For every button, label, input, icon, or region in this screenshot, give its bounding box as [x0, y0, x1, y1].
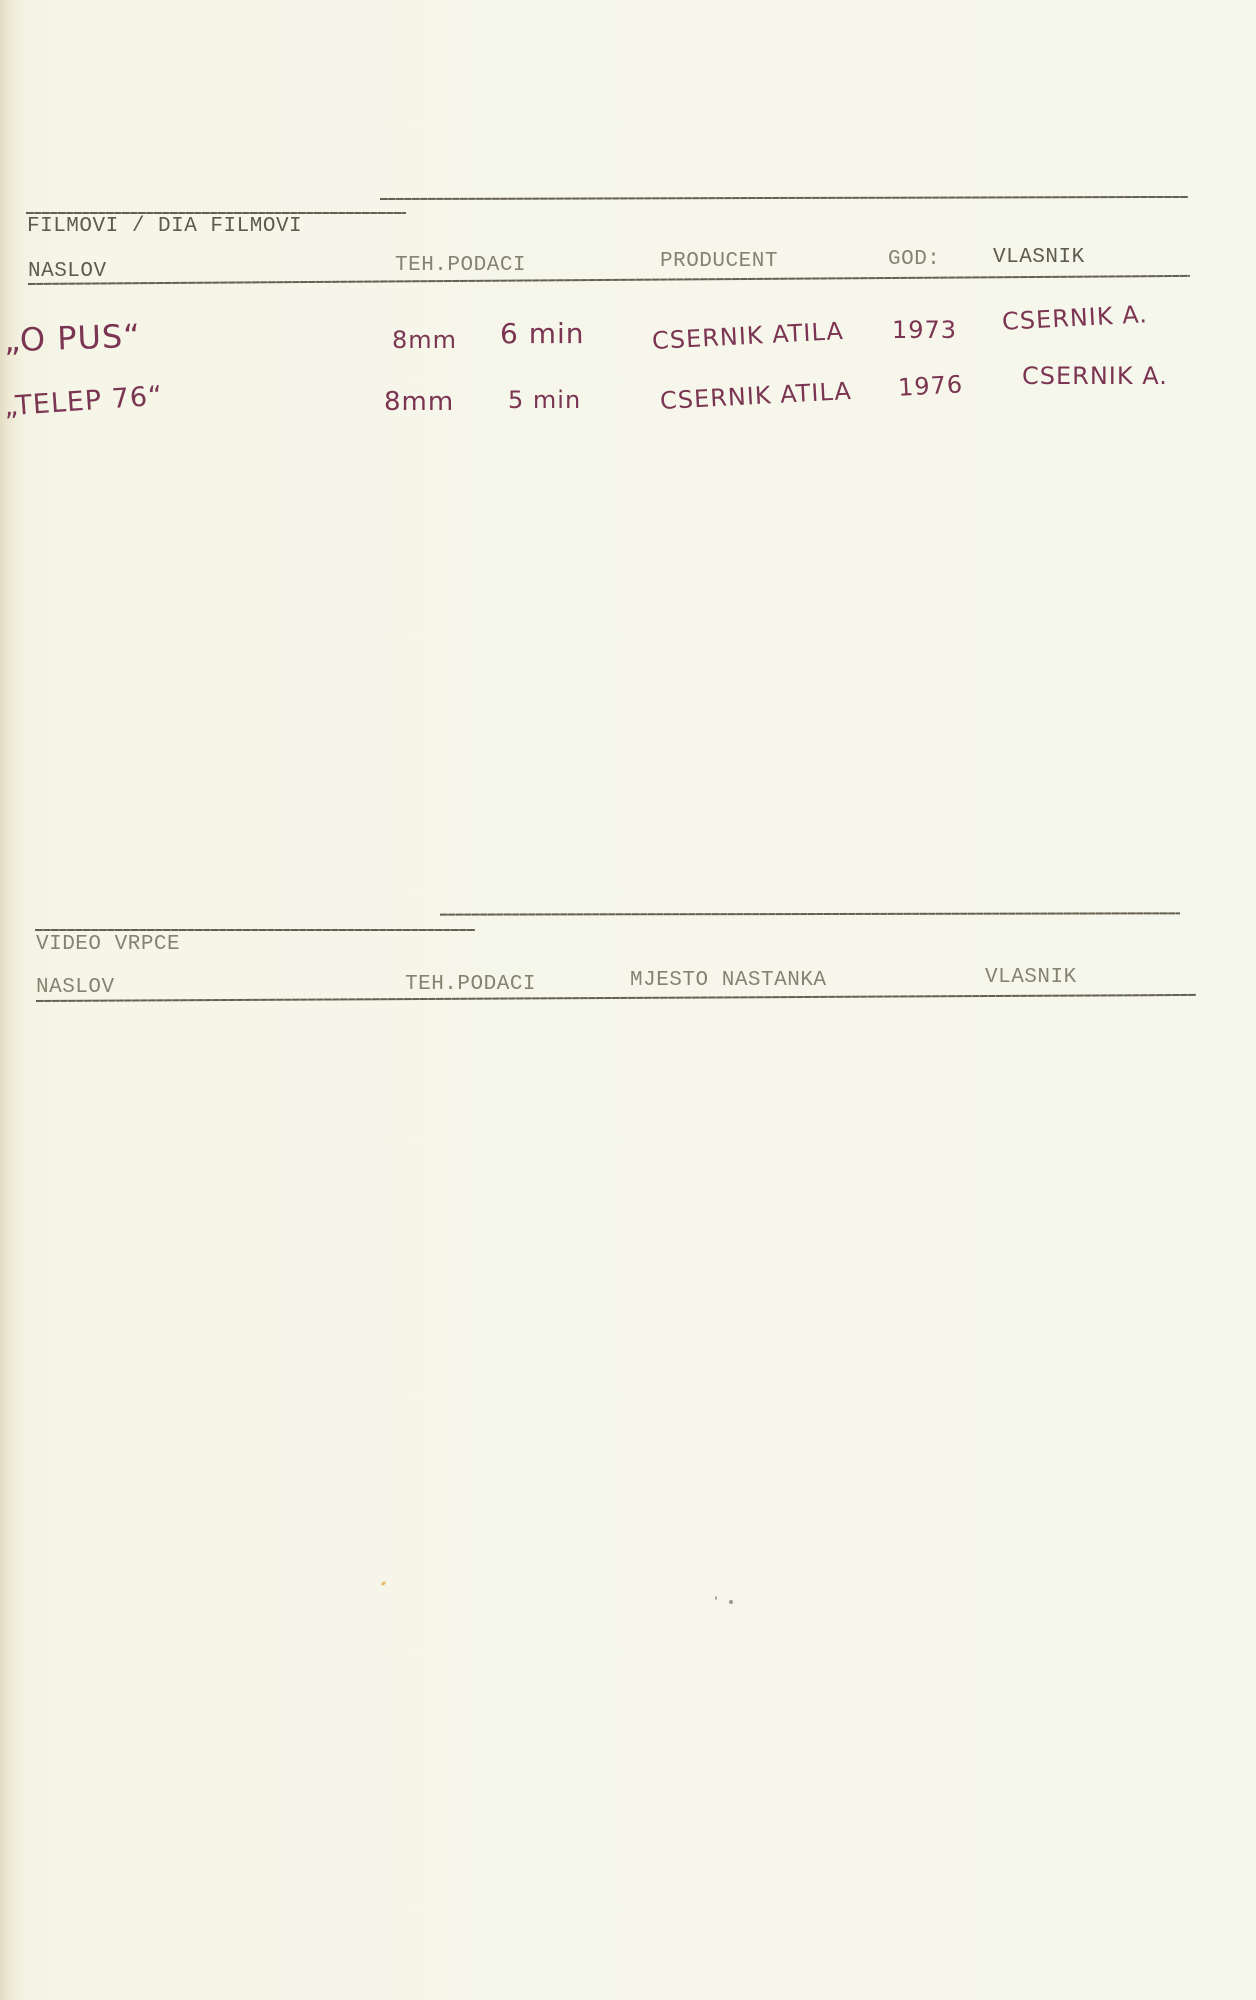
film-row-title: „TELEP 76“	[3, 382, 164, 420]
scan-speck	[381, 1581, 387, 1586]
film-row-duration: 6 min	[500, 320, 585, 348]
film-row-title: „O PUS“	[3, 320, 141, 357]
film-section-title: FILMOVI / DIA FILMOVI	[27, 216, 302, 237]
film-col-teh-podaci: TEH.PODACI	[395, 255, 526, 276]
film-row-duration: 5 min	[508, 388, 581, 412]
video-col-teh-podaci: TEH.PODACI	[405, 974, 536, 995]
video-header-underline	[36, 994, 1196, 1002]
film-col-naslov: NASLOV	[28, 261, 107, 282]
film-row-producent: CSERNIK ATILA	[660, 379, 853, 413]
video-col-naslov: NASLOV	[36, 977, 115, 998]
scan-speck	[715, 1596, 717, 1600]
video-col-vlasnik: VLASNIK	[985, 967, 1077, 988]
document-page: FILMOVI / DIA FILMOVI NASLOV TEH.PODACI …	[0, 0, 1256, 2000]
film-row-producent: CSERNIK ATILA	[652, 319, 845, 353]
film-col-vlasnik: VLASNIK	[993, 247, 1085, 268]
video-top-rule-right	[440, 912, 1180, 915]
film-row-year: 1973	[892, 318, 957, 342]
film-row-owner: CSERNIK A.	[1001, 302, 1148, 334]
film-col-god: GOD:	[888, 249, 940, 270]
film-row-format: 8mm	[392, 328, 457, 352]
film-row-owner: CSERNIK A.	[1022, 364, 1168, 388]
film-top-rule-left	[26, 212, 406, 214]
video-col-mjesto-nastanka: MJESTO NASTANKA	[630, 970, 827, 991]
scan-speck	[729, 1600, 733, 1604]
video-section-title: VIDEO VRPCE	[36, 934, 180, 955]
video-top-rule-left	[35, 929, 475, 931]
film-col-producent: PRODUCENT	[660, 251, 778, 272]
film-top-rule-right	[380, 196, 1188, 200]
film-row-format: 8mm	[384, 389, 454, 415]
film-row-year: 1976	[897, 372, 963, 399]
film-header-underline	[28, 275, 1190, 285]
